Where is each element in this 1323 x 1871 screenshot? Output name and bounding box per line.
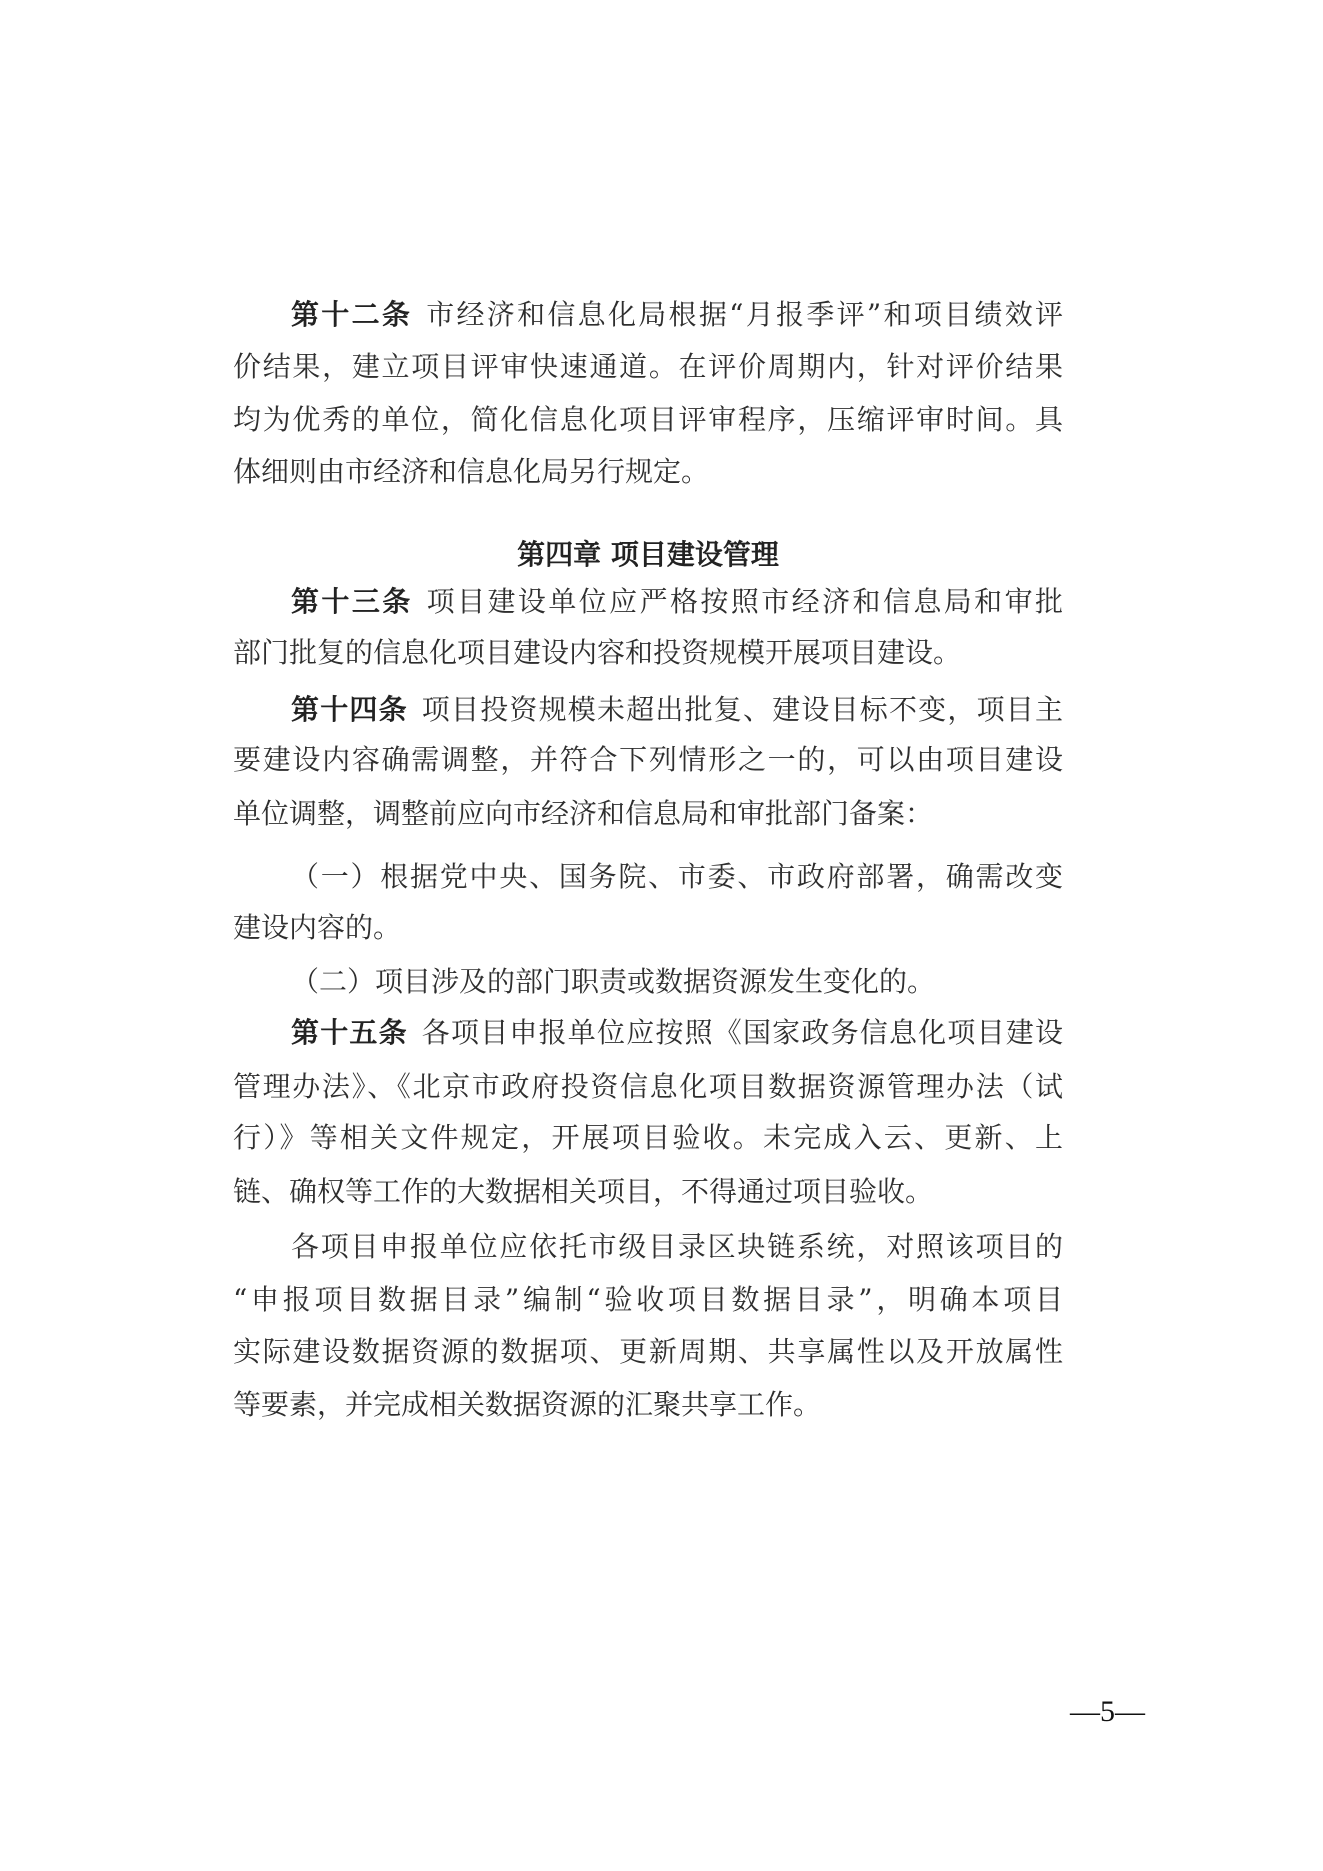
article-15-para-2-line-4: 等要素，并完成相关数据资源的汇聚共享工作。 bbox=[233, 1385, 1063, 1425]
article-14-line-3: 单位调整，调整前应向市经济和信息局和审批部门备案： bbox=[233, 794, 1063, 834]
article-12-text: 市经济和信息化局根据“月报季评”和项目绩效评 bbox=[426, 298, 1063, 331]
article-14-item-1-line-2: 建设内容的。 bbox=[233, 908, 1063, 948]
article-14-item-1-line-1: （一）根据党中央、国务院、市委、市政府部署，确需改变 bbox=[291, 857, 1063, 897]
article-15-line-4: 链、确权等工作的大数据相关项目，不得通过项目验收。 bbox=[233, 1172, 1063, 1212]
article-15-label: 第十五条 bbox=[291, 1016, 408, 1049]
article-14-line-2: 要建设内容确需调整，并符合下列情形之一的，可以由项目建设 bbox=[233, 740, 1063, 780]
document-page: 第十二条市经济和信息化局根据“月报季评”和项目绩效评 价结果，建立项目评审快速通… bbox=[0, 0, 1323, 1871]
article-14-item-2-line-1: （二）项目涉及的部门职责或数据资源发生变化的。 bbox=[291, 962, 1063, 1002]
article-12-label: 第十二条 bbox=[291, 298, 412, 331]
article-15-line-1: 第十五条各项目申报单位应按照《国家政务信息化项目建设 bbox=[291, 1013, 1063, 1053]
article-15-line-2: 管理办法》、《北京市政府投资信息化项目数据资源管理办法（试 bbox=[233, 1067, 1063, 1107]
article-15-line-3: 行）》等相关文件规定，开展项目验收。未完成入云、更新、上 bbox=[233, 1118, 1063, 1158]
article-15-text: 各项目申报单位应按照《国家政务信息化项目建设 bbox=[422, 1016, 1063, 1049]
article-15-para-2-line-2: “申报项目数据目录”编制“验收项目数据目录”，明确本项目 bbox=[233, 1280, 1063, 1320]
article-13-line-2: 部门批复的信息化项目建设内容和投资规模开展项目建设。 bbox=[233, 633, 1063, 673]
article-13-text: 项目建设单位应严格按照市经济和信息局和审批 bbox=[427, 585, 1063, 618]
article-14-text: 项目投资规模未超出批复、建设目标不变，项目主 bbox=[422, 693, 1063, 726]
article-12-line-1: 第十二条市经济和信息化局根据“月报季评”和项目绩效评 bbox=[291, 295, 1063, 335]
article-14-label: 第十四条 bbox=[291, 693, 408, 726]
article-12-line-2: 价结果，建立项目评审快速通道。在评价周期内，针对评价结果 bbox=[233, 347, 1063, 387]
article-13-line-1: 第十三条项目建设单位应严格按照市经济和信息局和审批 bbox=[291, 582, 1063, 622]
article-12-line-4: 体细则由市经济和信息化局另行规定。 bbox=[233, 452, 1063, 492]
article-15-para-2-line-1: 各项目申报单位应依托市级目录区块链系统，对照该项目的 bbox=[291, 1227, 1063, 1267]
page-number: —5— bbox=[1060, 1690, 1155, 1734]
article-13-label: 第十三条 bbox=[291, 585, 413, 618]
chapter-heading: 第四章 项目建设管理 bbox=[233, 535, 1063, 575]
article-15-para-2-line-3: 实际建设数据资源的数据项、更新周期、共享属性以及开放属性 bbox=[233, 1332, 1063, 1372]
article-14-line-1: 第十四条项目投资规模未超出批复、建设目标不变，项目主 bbox=[291, 690, 1063, 730]
article-12-line-3: 均为优秀的单位，简化信息化项目评审程序，压缩评审时间。具 bbox=[233, 400, 1063, 440]
